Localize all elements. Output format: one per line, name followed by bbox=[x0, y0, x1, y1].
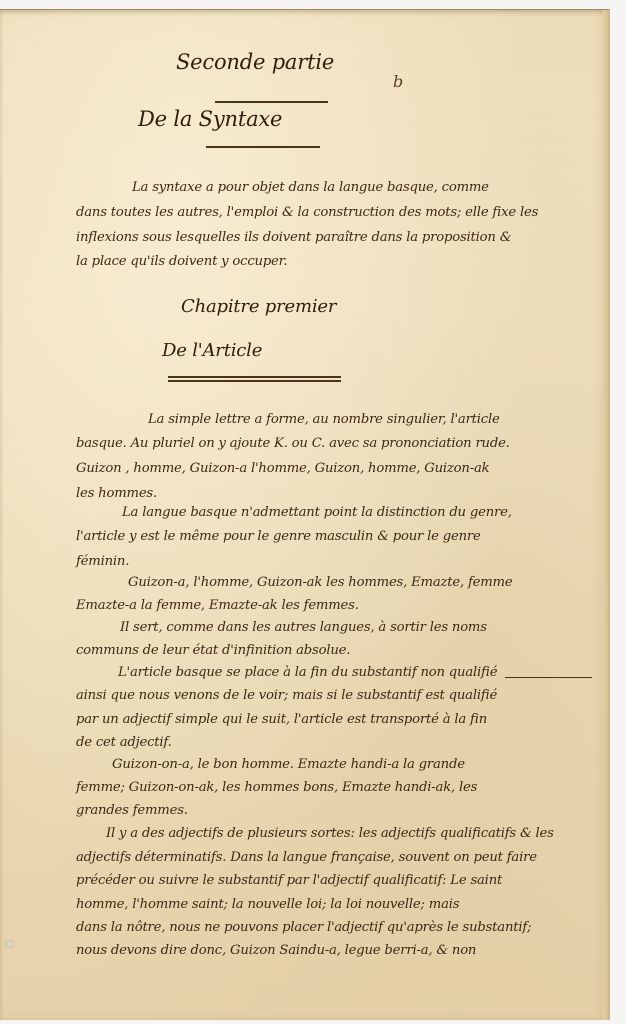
intro-line: La syntaxe a pour objet dans la langue b… bbox=[132, 180, 592, 195]
body-line: Guizon-on-a, le bon homme. Emazte handi-… bbox=[112, 757, 592, 772]
body-line: l'article y est le même pour le genre ma… bbox=[76, 529, 606, 544]
body-line: par un adjectif simple qui le suit, l'ar… bbox=[76, 712, 606, 727]
intro-line: inflexions sous lesquelles ils doivent p… bbox=[76, 230, 606, 245]
title-divider-1 bbox=[215, 101, 328, 103]
chapter-subtitle: De l'Article bbox=[162, 340, 262, 361]
body-line: femme; Guizon-on-ak, les hommes bons, Em… bbox=[76, 780, 606, 795]
page-edge bbox=[603, 10, 608, 1020]
margin-mark: b bbox=[393, 72, 403, 91]
body-line: Guizon , homme, Guizon-a l'homme, Guizon… bbox=[76, 461, 606, 476]
section-title: De la Syntaxe bbox=[138, 107, 282, 131]
body-line: Guizon-a, l'homme, Guizon-ak les hommes,… bbox=[128, 575, 598, 590]
body-line: La langue basque n'admettant point la di… bbox=[122, 505, 592, 520]
intro-line: dans toutes les autres, l'emploi & la co… bbox=[76, 205, 606, 220]
part-title: Seconde partie bbox=[176, 50, 334, 74]
body-line: ainsi que nous venons de le voir; mais s… bbox=[76, 688, 606, 703]
body-line: précéder ou suivre le substantif par l'a… bbox=[76, 873, 606, 888]
body-line: Il y a des adjectifs de plusieurs sortes… bbox=[106, 826, 596, 841]
body-line: basque. Au pluriel on y ajoute K. ou C. … bbox=[76, 436, 606, 451]
pin-hole bbox=[6, 941, 13, 947]
chapter-divider-bottom bbox=[168, 380, 341, 382]
body-line: grandes femmes. bbox=[76, 803, 606, 818]
body-line: féminin. bbox=[76, 554, 606, 569]
chapter-title: Chapitre premier bbox=[181, 296, 336, 317]
body-line: communs de leur état d'infinition absolu… bbox=[76, 643, 606, 658]
body-line: les hommes. bbox=[76, 486, 606, 501]
intro-line: la place qu'ils doivent y occuper. bbox=[76, 254, 606, 269]
body-line: La simple lettre a forme, au nombre sing… bbox=[148, 412, 598, 427]
body-line: de cet adjectif. bbox=[76, 735, 606, 750]
chapter-divider-top bbox=[168, 376, 341, 378]
body-line: homme, l'homme saint; la nouvelle loi; l… bbox=[76, 897, 606, 912]
underline-non-qualifie bbox=[505, 677, 592, 678]
title-divider-2 bbox=[206, 146, 320, 148]
body-line: adjectifs déterminatifs. Dans la langue … bbox=[76, 850, 606, 865]
body-line: Emazte-a la femme, Emazte-ak les femmes. bbox=[76, 598, 606, 613]
body-line: dans la nôtre, nous ne pouvons placer l'… bbox=[76, 920, 606, 935]
body-line: nous devons dire donc, Guizon Saindu-a, … bbox=[76, 943, 606, 958]
body-line: Il sert, comme dans les autres langues, … bbox=[120, 620, 590, 635]
